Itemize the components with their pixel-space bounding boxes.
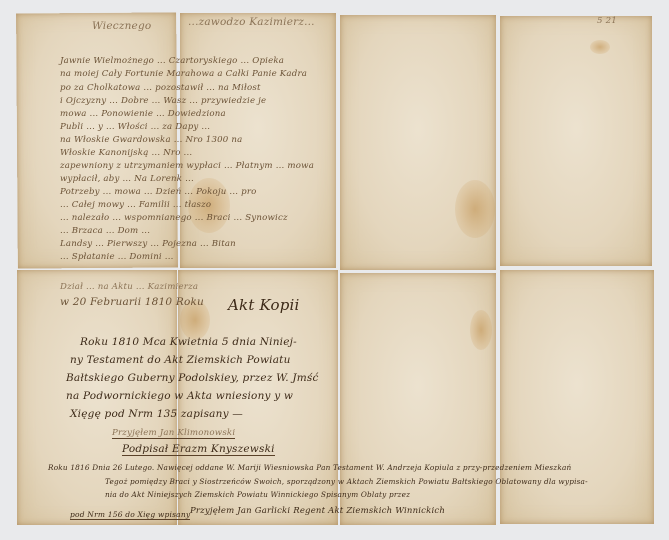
stain	[470, 310, 492, 350]
date-line: w 20 Februarii 1810 Roku	[60, 296, 204, 308]
text-line: zapewniony z utrzymaniem wypłaci ... Pła…	[60, 161, 314, 171]
text-line: na Włoskie Gwardowska ... Nro 1300 na	[60, 135, 242, 145]
entry-line: Bałtskiego Guberny Podolskiey, przez W. …	[66, 372, 319, 384]
text-line: mowa ... Ponowienie ... Dowiedziona	[60, 109, 226, 119]
text-line: ... Brzaca ... Dom ...	[60, 226, 150, 236]
entry-line: ny Testament do Akt Ziemskich Powiatu	[70, 354, 291, 366]
stain	[590, 40, 610, 54]
text-line: po za Cholkatowa ... pozostawił ... na M…	[60, 83, 261, 93]
text-line: Jawnie Wielmożnego ... Czartoryskiego ..…	[60, 56, 284, 66]
entry-line: Roku 1810 Mca Kwietnia 5 dnia Niniej-	[80, 336, 297, 348]
signature-knyszewski: Podpisał Erazm Knyszewski	[122, 443, 275, 456]
text-line: Włoskie Kanonijską ... Nro ...	[60, 148, 192, 158]
panel-bottom-midright	[340, 273, 496, 525]
heading-akt-kopii: Akt Kopii	[228, 296, 300, 314]
page-number: 5 21	[597, 16, 617, 26]
entry-1816-line: Tegoż pomiędzy Braci y Siostrzeńców Swoi…	[105, 477, 588, 486]
text-line: Dział ... na Aktu ... Kazimierza	[60, 282, 198, 292]
panel-top-right	[500, 16, 652, 266]
header-right: ...zawodzo Kazimierz...	[188, 16, 315, 28]
entry-line: na Podwornickiego w Akta wniesiony y w	[66, 390, 293, 402]
signature-klimonowski: Przyjęłem Jan Klimonowski	[112, 428, 235, 439]
text-line: ... nalezało ... wspomnianego ... Braci …	[60, 213, 288, 223]
text-line: Potrzeby ... mowa ... Dzień ... Pokoju .…	[60, 187, 257, 197]
footer-reference: pod Nrm 156 do Xięg wpisany	[70, 510, 190, 520]
entry-1816-line: nia do Akt Niniejszych Ziemskich Powiatu…	[105, 490, 410, 499]
text-line: Publi ... y ... Włości ... za Dapy ...	[60, 122, 210, 132]
text-line: wypłacił, aby ... Na Lorenk ...	[60, 174, 194, 184]
footer-signature: Przyjęłem Jan Garlicki Regent Akt Ziemsk…	[190, 506, 445, 516]
text-line: ... Spłatanie ... Domini ...	[60, 252, 174, 262]
header-left: Wiecznego	[92, 20, 151, 32]
text-line: ... Całej mowy ... Familii ... tłaszo	[60, 200, 211, 210]
text-line: na moiej Cały Fortunie Marahowa a Całki …	[60, 69, 307, 79]
entry-1816-line: Roku 1816 Dnia 26 Lutego. Nawięcej oddan…	[48, 463, 571, 472]
entry-line: Xięgę pod Nrm 135 zapisany —	[70, 408, 243, 420]
text-line: i Ojczyzny ... Dobre ... Wasz ... przywi…	[60, 96, 266, 106]
stain	[455, 180, 495, 238]
text-line: Landsy ... Pierwszy ... Pojezna ... Bita…	[60, 239, 236, 249]
